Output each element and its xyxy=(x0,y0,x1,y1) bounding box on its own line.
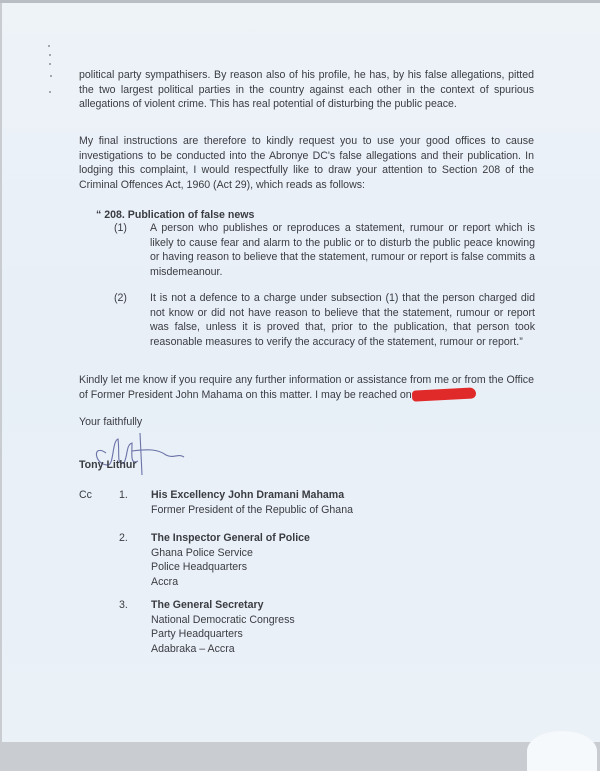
paragraph-request: My final instructions are therefore to k… xyxy=(79,134,534,192)
paragraph-continuation: political party sympathisers. By reason … xyxy=(79,68,534,112)
redaction-mark xyxy=(411,387,475,401)
cc-label: Cc xyxy=(79,488,92,503)
cc-line: Police Headquarters xyxy=(151,560,451,575)
cc-number: 3. xyxy=(119,598,128,613)
signer-name: Tony Lithur xyxy=(79,458,136,473)
cc-title: The Inspector General of Police xyxy=(151,531,451,546)
subsection-number: (1) xyxy=(114,221,144,236)
cc-title: The General Secretary xyxy=(151,598,451,613)
cc-line: Adabraka – Accra xyxy=(151,642,451,657)
cc-line: National Democratic Congress xyxy=(151,613,451,628)
cc-title: His Excellency John Dramani Mahama xyxy=(151,488,451,503)
scan-glare xyxy=(527,731,597,742)
cc-line: Ghana Police Service xyxy=(151,546,451,561)
subsection-number: (2) xyxy=(114,291,144,306)
cc-number: 2. xyxy=(119,531,128,546)
subsection-text: It is not a defence to a charge under su… xyxy=(150,291,535,349)
cc-number: 1. xyxy=(119,488,128,503)
cc-line: Party Headquarters xyxy=(151,627,451,642)
cc-line: Former President of the Republic of Ghan… xyxy=(151,503,451,518)
subsection-text: A person who publishes or reproduces a s… xyxy=(150,221,535,279)
paragraph-contact: Kindly let me know if you require any fu… xyxy=(79,373,534,402)
cc-line: Accra xyxy=(151,575,451,590)
letter-page: political party sympathisers. By reason … xyxy=(2,3,600,742)
